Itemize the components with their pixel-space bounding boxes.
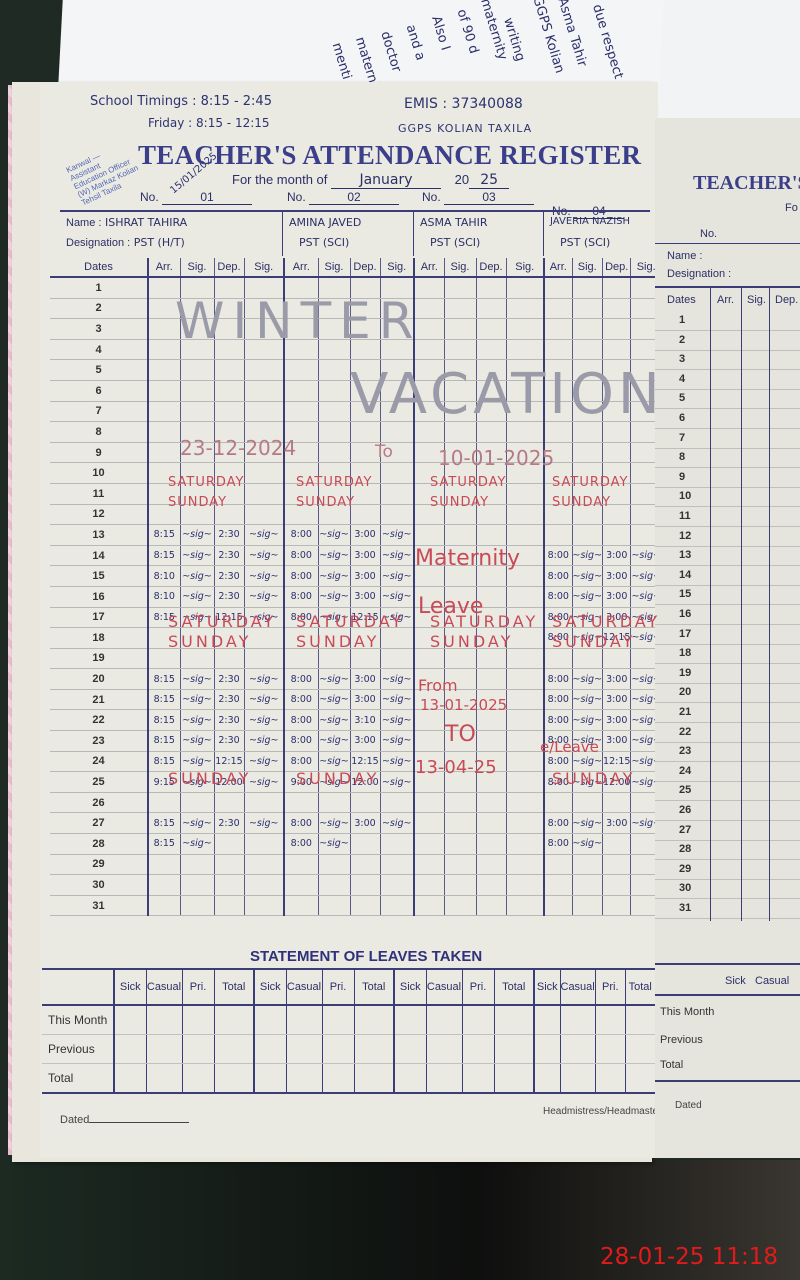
next-page-dates-header: Dates	[667, 294, 696, 306]
attendance-row: 218:15~sig~2:30~sig~8:00~sig~3:00~sig~8:…	[50, 689, 661, 710]
attendance-cell	[244, 648, 284, 669]
signature-mark: ~sig~	[180, 586, 214, 607]
next-page-date: 7	[679, 432, 685, 444]
departure-time: 3:00	[350, 669, 380, 690]
departure-time: 3:00	[350, 731, 380, 752]
attendance-cell	[544, 298, 572, 319]
attendance-cell	[572, 298, 603, 319]
attendance-cell	[506, 834, 544, 855]
departure-time: 2:30	[214, 710, 244, 731]
signature-mark: ~sig~	[380, 669, 414, 690]
attendance-cell	[318, 648, 350, 669]
attendance-cell	[544, 895, 572, 916]
teacher-1-header: Name : ISHRAT TAHIRA Designation : PST (…	[60, 212, 280, 256]
next-register-page: TEACHER'S Fo No. Name : Designation : Da…	[655, 118, 800, 1158]
departure-time: 3:00	[350, 566, 380, 587]
statement-cell[interactable]	[534, 1035, 560, 1064]
arrival-time: 8:00	[284, 710, 318, 731]
teacher-designation: PST (SCI)	[299, 236, 349, 249]
attendance-cell	[414, 813, 444, 834]
signature-mark: ~sig~	[180, 710, 214, 731]
attendance-cell	[506, 339, 544, 360]
statement-cell[interactable]	[114, 1035, 146, 1064]
next-page-no: No.	[700, 228, 717, 240]
departure-time: 3:00	[603, 813, 631, 834]
departure-time: 3:00	[350, 813, 380, 834]
total-header: Total	[625, 969, 655, 1005]
next-page-date: 15	[679, 588, 691, 600]
no-label: No.	[287, 190, 306, 204]
attendance-cell	[414, 895, 444, 916]
departure-time: 3:00	[603, 545, 631, 566]
attendance-cell	[506, 792, 544, 813]
attendance-cell	[214, 648, 244, 669]
statement-cell[interactable]	[182, 1064, 214, 1094]
attendance-cell	[506, 875, 544, 896]
departure-time: 2:30	[214, 586, 244, 607]
arrival-time: 8:00	[284, 834, 318, 855]
attendance-cell	[214, 360, 244, 381]
signature-mark: ~sig~	[244, 689, 284, 710]
statement-cell[interactable]	[354, 1035, 394, 1064]
statement-cell[interactable]	[462, 1064, 494, 1094]
arrival-time: 8:10	[148, 586, 180, 607]
attendance-cell	[476, 895, 506, 916]
attendance-cell	[214, 792, 244, 813]
statement-cell[interactable]	[322, 1035, 354, 1064]
attendance-cell	[506, 813, 544, 834]
teacher-2-header: AMINA JAVED PST (SCI)	[282, 212, 413, 256]
date-cell: 15	[50, 566, 148, 587]
attendance-cell	[506, 854, 544, 875]
attendance-cell	[444, 895, 476, 916]
pri-header: Pri.	[322, 969, 354, 1005]
signature-mark: ~sig~	[244, 731, 284, 752]
statement-cell[interactable]	[182, 1005, 214, 1035]
statement-cell[interactable]	[534, 1005, 560, 1035]
letter-line: doctor	[377, 30, 404, 74]
attendance-cell	[544, 648, 572, 669]
attendance-cell	[380, 463, 414, 484]
attendance-cell	[476, 669, 506, 690]
attendance-cell	[380, 648, 414, 669]
statement-cell[interactable]	[214, 1005, 254, 1035]
attendance-cell	[214, 854, 244, 875]
arrival-time: 8:00	[544, 834, 572, 855]
attendance-cell	[180, 875, 214, 896]
total-header: Total	[354, 969, 394, 1005]
next-page-date: 24	[679, 765, 691, 777]
attendance-cell	[506, 298, 544, 319]
attendance-cell	[572, 442, 603, 463]
statement-cell[interactable]	[426, 1005, 462, 1035]
attendance-cell	[414, 854, 444, 875]
next-page-date: 16	[679, 608, 691, 620]
sig-header: Sig.	[318, 258, 350, 277]
winter-overlay: WINTER	[175, 292, 421, 350]
next-page-month: Fo	[785, 202, 798, 214]
attendance-cell	[476, 813, 506, 834]
letter-line: due respect	[589, 3, 626, 81]
signature-mark: ~sig~	[380, 525, 414, 546]
attendance-cell	[284, 792, 318, 813]
statement-cell[interactable]	[394, 1005, 426, 1035]
signature-mark: ~sig~	[244, 525, 284, 546]
casual-header: Casual	[560, 969, 595, 1005]
next-page-date: 27	[679, 824, 691, 836]
statement-cell[interactable]	[595, 1005, 625, 1035]
signature-mark: ~sig~	[572, 545, 603, 566]
attendance-cell	[476, 854, 506, 875]
attendance-cell	[506, 277, 544, 298]
attendance-cell	[380, 854, 414, 875]
attendance-cell	[214, 875, 244, 896]
statement-row-label: This Month	[42, 1005, 114, 1035]
attendance-cell	[148, 648, 180, 669]
statement-cell[interactable]	[322, 1064, 354, 1094]
date-cell: 26	[50, 792, 148, 813]
sunday-note: SUNDAY	[296, 495, 355, 510]
attendance-cell	[414, 792, 444, 813]
next-page-total: Total	[660, 1059, 683, 1071]
attendance-cell	[244, 401, 284, 422]
sunday-note: SUNDAY	[430, 632, 513, 651]
date-cell: 24	[50, 751, 148, 772]
arr-header: Arr.	[148, 258, 180, 277]
attendance-cell	[506, 710, 544, 731]
signature-mark: ~sig~	[180, 813, 214, 834]
attendance-cell	[148, 792, 180, 813]
no-value: 03	[444, 190, 534, 205]
dep-header: Dep.	[214, 258, 244, 277]
date-cell: 8	[50, 422, 148, 443]
attendance-cell	[476, 731, 506, 752]
signature-mark: ~sig~	[244, 586, 284, 607]
attendance-cell	[148, 422, 180, 443]
attendance-cell	[506, 525, 544, 546]
leave-to-date: 13-04-25	[415, 757, 497, 778]
signature-mark: ~sig~	[380, 772, 414, 793]
departure-time: 3:00	[603, 586, 631, 607]
statement-cell[interactable]	[426, 1064, 462, 1094]
teacher-no-1: No. 01	[140, 190, 252, 205]
next-page-name-label: Name :	[667, 250, 702, 262]
next-page-date: 29	[679, 863, 691, 875]
attendance-cell	[476, 319, 506, 340]
statement-cell[interactable]	[394, 1064, 426, 1094]
statement-cell[interactable]	[354, 1064, 394, 1094]
sig-header: Sig.	[180, 258, 214, 277]
teacher-name: JAVERIA NAZISH	[550, 216, 630, 227]
departure-time: 2:30	[214, 669, 244, 690]
attendance-cell	[444, 648, 476, 669]
attendance-cell	[444, 277, 476, 298]
sig-header: Sig.	[380, 258, 414, 277]
column-header-row: Dates Arr.Sig.Dep.Sig. Arr.Sig.Dep.Sig. …	[50, 258, 661, 277]
statement-cell[interactable]	[560, 1005, 595, 1035]
attendance-row: 9	[50, 442, 661, 463]
attendance-cell	[603, 339, 631, 360]
arrival-time: 8:15	[148, 710, 180, 731]
statement-cell[interactable]	[254, 1035, 286, 1064]
departure-time: 3:00	[603, 689, 631, 710]
date-cell: 17	[50, 607, 148, 628]
statement-cell[interactable]	[254, 1005, 286, 1035]
sunday-note: SUNDAY	[296, 632, 379, 651]
attendance-table: Dates Arr.Sig.Dep.Sig. Arr.Sig.Dep.Sig. …	[50, 258, 662, 916]
statement-cell[interactable]	[560, 1035, 595, 1064]
arrival-time: 8:00	[544, 689, 572, 710]
statement-cell[interactable]	[494, 1064, 534, 1094]
next-page-date: 30	[679, 882, 691, 894]
date-cell: 27	[50, 813, 148, 834]
date-cell: 10	[50, 463, 148, 484]
next-page-arr-header: Arr.	[717, 294, 734, 306]
attendance-cell	[148, 401, 180, 422]
next-page-date: 26	[679, 804, 691, 816]
arrival-time: 8:00	[284, 813, 318, 834]
month-value: January	[331, 172, 441, 189]
statement-cell[interactable]	[322, 1005, 354, 1035]
pri-header: Pri.	[182, 969, 214, 1005]
attendance-cell	[572, 525, 603, 546]
date-cell: 1	[50, 277, 148, 298]
statement-cell[interactable]	[560, 1064, 595, 1094]
statement-cell[interactable]	[426, 1035, 462, 1064]
attendance-cell	[244, 834, 284, 855]
teacher-name: Name : ISHRAT TAHIRA	[66, 216, 187, 229]
statement-cell[interactable]	[494, 1035, 534, 1064]
dep-header: Dep.	[603, 258, 631, 277]
statement-cell[interactable]	[625, 1005, 655, 1035]
year-prefix: 20	[455, 172, 469, 187]
arrival-time: 8:15	[148, 689, 180, 710]
vacation-to-word: To	[375, 442, 393, 462]
attendance-cell	[603, 319, 631, 340]
signature-mark: ~sig~	[380, 751, 414, 772]
no-label: No.	[422, 190, 441, 204]
sick-header: Sick	[114, 969, 146, 1005]
attendance-cell	[148, 442, 180, 463]
attendance-cell	[318, 401, 350, 422]
attendance-cell	[350, 854, 380, 875]
statement-cell[interactable]	[214, 1035, 254, 1064]
statement-cell[interactable]	[182, 1035, 214, 1064]
dep-header: Dep.	[350, 258, 380, 277]
signature-mark: ~sig~	[244, 566, 284, 587]
attendance-cell	[180, 380, 214, 401]
attendance-cell	[380, 875, 414, 896]
next-page-date: 25	[679, 784, 691, 796]
statement-row: Previous	[42, 1035, 655, 1064]
signature-mark: ~sig~	[572, 566, 603, 587]
date-cell: 25	[50, 772, 148, 793]
signature-mark: ~sig~	[180, 525, 214, 546]
statement-cell[interactable]	[114, 1005, 146, 1035]
signature-mark: ~sig~	[380, 566, 414, 587]
attendance-cell	[148, 875, 180, 896]
next-page-date: 8	[679, 451, 685, 463]
attendance-cell	[603, 834, 631, 855]
attendance-cell	[414, 648, 444, 669]
statement-cell[interactable]	[254, 1064, 286, 1094]
arrival-time: 8:00	[284, 731, 318, 752]
arrival-time: 8:00	[284, 689, 318, 710]
attendance-row: 31	[50, 895, 661, 916]
statement-cell[interactable]	[394, 1035, 426, 1064]
vacation-to-date: 10-01-2025	[438, 446, 554, 470]
vacation-from-date: 23-12-2024	[180, 436, 296, 460]
signature-mark: ~sig~	[318, 689, 350, 710]
date-cell: 6	[50, 380, 148, 401]
statement-cell[interactable]	[114, 1064, 146, 1094]
attendance-cell	[603, 792, 631, 813]
statement-cell[interactable]	[286, 1035, 322, 1064]
letter-line: and a	[403, 23, 428, 62]
attendance-cell	[444, 834, 476, 855]
teacher-no-3: No. 03	[422, 190, 534, 205]
statement-cell[interactable]	[625, 1064, 655, 1094]
attendance-cell	[506, 731, 544, 752]
attendance-row: 278:15~sig~2:30~sig~8:00~sig~3:00~sig~8:…	[50, 813, 661, 834]
arr-header: Arr.	[284, 258, 318, 277]
attendance-cell	[603, 648, 631, 669]
signature-mark: ~sig~	[572, 669, 603, 690]
attendance-cell	[476, 298, 506, 319]
statement-cell[interactable]	[214, 1064, 254, 1094]
date-cell: 22	[50, 710, 148, 731]
signature-mark: ~sig~	[572, 689, 603, 710]
register-title: TEACHER'S ATTENDANCE REGISTER	[138, 140, 641, 171]
next-page-sig-header: Sig.	[747, 294, 766, 306]
signature-mark: ~sig~	[318, 586, 350, 607]
attendance-cell	[180, 648, 214, 669]
date-cell: 2	[50, 298, 148, 319]
next-page-sick-header: Sick	[725, 975, 746, 987]
attendance-cell	[180, 792, 214, 813]
attendance-cell	[284, 380, 318, 401]
emis-code: EMIS : 37340088	[404, 96, 523, 112]
next-page-date: 20	[679, 686, 691, 698]
statement-cell[interactable]	[462, 1005, 494, 1035]
attendance-cell	[476, 648, 506, 669]
attendance-cell	[244, 504, 284, 525]
statement-cell[interactable]	[286, 1005, 322, 1035]
attendance-cell	[572, 875, 603, 896]
attendance-cell	[506, 648, 544, 669]
attendance-cell	[350, 792, 380, 813]
attendance-cell	[214, 380, 244, 401]
statement-cell[interactable]	[534, 1064, 560, 1094]
date-cell: 11	[50, 483, 148, 504]
attendance-cell	[444, 813, 476, 834]
next-page-date: 10	[679, 490, 691, 502]
attendance-cell	[284, 854, 318, 875]
attendance-cell	[444, 339, 476, 360]
attendance-cell	[318, 895, 350, 916]
next-page-date: 14	[679, 569, 691, 581]
date-cell: 13	[50, 525, 148, 546]
next-page-designation-label: Designation :	[667, 268, 731, 280]
statement-title: STATEMENT OF LEAVES TAKEN	[250, 948, 482, 965]
attendance-cell	[244, 792, 284, 813]
arrival-time: 8:00	[544, 669, 572, 690]
statement-row: Total	[42, 1064, 655, 1094]
next-page-date: 22	[679, 726, 691, 738]
statement-cell[interactable]	[595, 1035, 625, 1064]
arr-header: Arr.	[414, 258, 444, 277]
date-cell: 20	[50, 669, 148, 690]
attendance-cell	[180, 895, 214, 916]
next-page-date: 9	[679, 471, 685, 483]
signature-mark: ~sig~	[180, 834, 214, 855]
saturday-note: SATURDAY	[552, 612, 660, 631]
date-cell: 30	[50, 875, 148, 896]
e-leave-text: e/Leave	[540, 738, 599, 756]
sig-header: Sig.	[244, 258, 284, 277]
signature-mark: ~sig~	[244, 545, 284, 566]
attendance-cell	[506, 895, 544, 916]
statement-cell[interactable]	[462, 1035, 494, 1064]
statement-cell[interactable]	[146, 1035, 182, 1064]
statement-cell[interactable]	[595, 1064, 625, 1094]
statement-cell[interactable]	[146, 1005, 182, 1035]
signature-mark: ~sig~	[380, 689, 414, 710]
attendance-cell	[318, 875, 350, 896]
maternity-text: Maternity	[415, 546, 520, 571]
no-label: No.	[140, 190, 159, 204]
attendance-cell	[603, 525, 631, 546]
statement-cell[interactable]	[625, 1035, 655, 1064]
next-page-dated: Dated	[675, 1100, 702, 1111]
attendance-cell	[244, 380, 284, 401]
arrival-time: 8:00	[284, 525, 318, 546]
departure-time: 2:30	[214, 566, 244, 587]
departure-time: 2:30	[214, 545, 244, 566]
pri-header: Pri.	[462, 969, 494, 1005]
statement-cell[interactable]	[354, 1005, 394, 1035]
attendance-cell	[244, 360, 284, 381]
attendance-cell	[350, 834, 380, 855]
signature-mark: ~sig~	[318, 566, 350, 587]
departure-time: 2:30	[214, 813, 244, 834]
signature-mark: ~sig~	[180, 689, 214, 710]
attendance-cell	[180, 360, 214, 381]
leave-from-date: 13-01-2025	[420, 696, 507, 714]
sunday-note: SUNDAY	[168, 769, 251, 788]
attendance-cell	[350, 895, 380, 916]
statement-cell[interactable]	[494, 1005, 534, 1035]
attendance-cell	[603, 854, 631, 875]
statement-cell[interactable]	[146, 1064, 182, 1094]
departure-time: 3:00	[350, 525, 380, 546]
attendance-cell	[544, 339, 572, 360]
year-value: 25	[469, 172, 509, 189]
arrival-time: 8:15	[148, 525, 180, 546]
attendance-row: 148:15~sig~2:30~sig~8:00~sig~3:00~sig~8:…	[50, 545, 661, 566]
departure-time: 3:00	[350, 586, 380, 607]
attendance-cell	[506, 319, 544, 340]
next-page-date: 23	[679, 745, 691, 757]
no-value: 01	[162, 190, 252, 205]
teacher-3-header: ASMA TAHIR PST (SCI)	[413, 212, 544, 256]
casual-header: Casual	[426, 969, 462, 1005]
dated-field: Dated	[60, 1114, 189, 1126]
arrival-time: 8:15	[148, 669, 180, 690]
school-timings: School Timings : 8:15 - 2:45	[90, 94, 272, 109]
statement-row: This Month	[42, 1005, 655, 1035]
statement-cell[interactable]	[286, 1064, 322, 1094]
